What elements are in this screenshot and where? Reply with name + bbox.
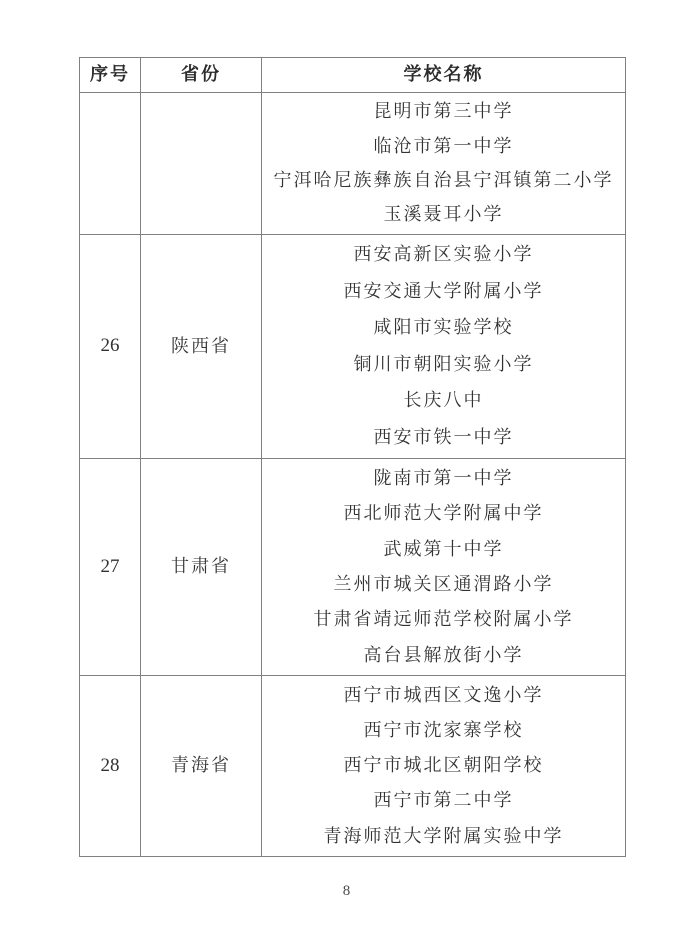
- school-name: 西北师范大学附属中学: [262, 496, 625, 531]
- school-name: 陇南市第一中学: [262, 461, 625, 496]
- school-name: 甘肃省靖远师范学校附属小学: [262, 602, 625, 637]
- school-name: 临沧市第一中学: [262, 129, 625, 163]
- row-number: 26: [80, 235, 140, 458]
- table-row: 27 甘肃省 陇南市第一中学 西北师范大学附属中学 武威第十中学 兰州市城关区通…: [80, 458, 625, 675]
- school-name: 西宁市沈家寨学校: [262, 713, 625, 748]
- school-name: 铜川市朝阳实验小学: [262, 347, 625, 384]
- school-name: 玉溪聂耳小学: [262, 198, 625, 232]
- column-header-school: 学校名称: [261, 58, 625, 92]
- column-header-serial: 序号: [80, 58, 140, 92]
- province-name: 陕西省: [140, 235, 261, 458]
- province-name: 青海省: [140, 676, 261, 856]
- school-list: 陇南市第一中学 西北师范大学附属中学 武威第十中学 兰州市城关区通渭路小学 甘肃…: [261, 459, 625, 675]
- school-name: 西宁市城西区文逸小学: [262, 678, 625, 713]
- school-list: 西安高新区实验小学 西安交通大学附属小学 咸阳市实验学校 铜川市朝阳实验小学 长…: [261, 235, 625, 458]
- table-header-row: 序号 省份 学校名称: [80, 58, 625, 92]
- school-name: 咸阳市实验学校: [262, 310, 625, 347]
- school-name: 宁洱哈尼族彝族自治县宁洱镇第二小学: [262, 164, 625, 198]
- school-name: 青海师范大学附属实验中学: [262, 819, 625, 854]
- school-name: 长庆八中: [262, 383, 625, 420]
- school-name: 昆明市第三中学: [262, 95, 625, 129]
- school-name: 兰州市城关区通渭路小学: [262, 567, 625, 602]
- school-name: 西宁市第二中学: [262, 784, 625, 819]
- province-name: [140, 93, 261, 234]
- school-name: 武威第十中学: [262, 532, 625, 567]
- school-name: 高台县解放街小学: [262, 638, 625, 673]
- province-name: 甘肃省: [140, 459, 261, 675]
- column-header-province: 省份: [140, 58, 261, 92]
- school-name: 西安市铁一中学: [262, 420, 625, 457]
- school-name: 西安交通大学附属小学: [262, 274, 625, 311]
- row-number: 27: [80, 459, 140, 675]
- document-page: 序号 省份 学校名称 昆明市第三中学 临沧市第一中学 宁洱哈尼族彝族自治县宁洱镇…: [0, 0, 693, 925]
- schools-table: 序号 省份 学校名称 昆明市第三中学 临沧市第一中学 宁洱哈尼族彝族自治县宁洱镇…: [79, 57, 626, 857]
- school-name: 西安高新区实验小学: [262, 237, 625, 274]
- row-number: 28: [80, 676, 140, 856]
- table-row: 26 陕西省 西安高新区实验小学 西安交通大学附属小学 咸阳市实验学校 铜川市朝…: [80, 234, 625, 458]
- school-list: 西宁市城西区文逸小学 西宁市沈家寨学校 西宁市城北区朝阳学校 西宁市第二中学 青…: [261, 676, 625, 856]
- page-number: 8: [0, 883, 693, 900]
- table-row: 昆明市第三中学 临沧市第一中学 宁洱哈尼族彝族自治县宁洱镇第二小学 玉溪聂耳小学: [80, 92, 625, 234]
- row-number: [80, 93, 140, 234]
- table-row: 28 青海省 西宁市城西区文逸小学 西宁市沈家寨学校 西宁市城北区朝阳学校 西宁…: [80, 675, 625, 856]
- school-list: 昆明市第三中学 临沧市第一中学 宁洱哈尼族彝族自治县宁洱镇第二小学 玉溪聂耳小学: [261, 93, 625, 234]
- school-name: 西宁市城北区朝阳学校: [262, 748, 625, 783]
